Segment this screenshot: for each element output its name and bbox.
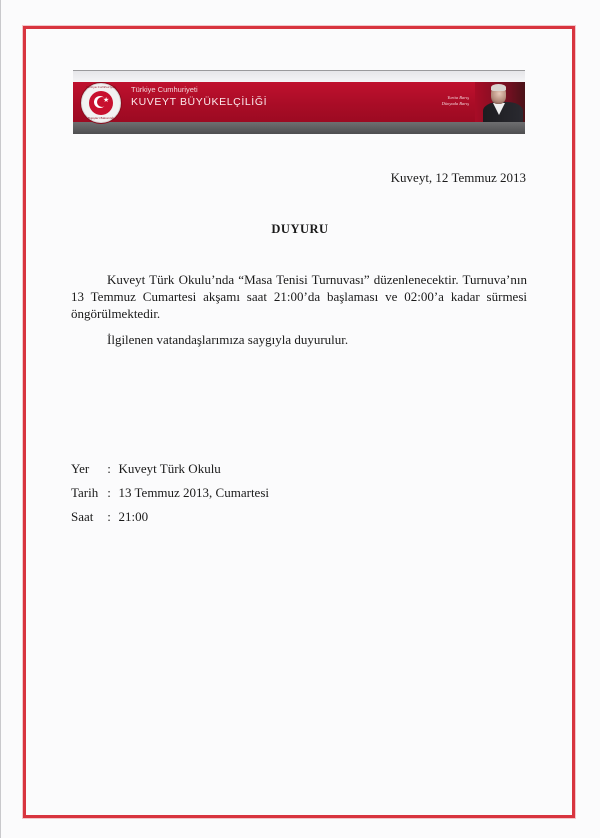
seal-text-bottom: Dışişleri Bakanlığı: [82, 117, 120, 120]
banner-motto: Yurtta Barış Dünyada Barış: [442, 95, 469, 107]
banner-dark-band: [73, 122, 525, 134]
seal-text-top: Türkiye Cumhuriyeti: [82, 86, 120, 89]
detail-separator: :: [107, 460, 115, 477]
detail-row-date: Tarih : 13 Temmuz 2013, Cumartesi: [71, 484, 269, 508]
announcement-paragraph: Kuveyt Türk Okulu’nda “Masa Tenisi Turnu…: [71, 271, 527, 322]
closing-paragraph: İlgilenen vatandaşlarımıza saygıyla duyu…: [71, 331, 527, 348]
detail-separator: :: [107, 484, 115, 501]
detail-value: 21:00: [119, 509, 149, 524]
banner-title: KUVEYT BÜYÜKELÇİLİĞİ: [131, 96, 267, 108]
page-border: [23, 26, 575, 818]
scan-edge: [0, 0, 1, 838]
motto-line-2: Dünyada Barış: [442, 101, 469, 107]
detail-separator: :: [107, 508, 115, 525]
banner-gray-strip: [73, 71, 525, 82]
event-details: Yer : Kuveyt Türk Okulu Tarih : 13 Temmu…: [71, 460, 269, 532]
portrait-image: [475, 82, 525, 122]
detail-label: Tarih: [71, 484, 104, 501]
detail-value: Kuveyt Türk Okulu: [119, 461, 221, 476]
document-heading: DUYURU: [0, 222, 600, 237]
ministry-seal-icon: Türkiye Cumhuriyeti ★ Dışişleri Bakanlığ…: [81, 83, 121, 123]
detail-label: Saat: [71, 508, 104, 525]
detail-row-location: Yer : Kuveyt Türk Okulu: [71, 460, 269, 484]
detail-value: 13 Temmuz 2013, Cumartesi: [119, 485, 270, 500]
portrait-hair: [491, 84, 506, 91]
detail-label: Yer: [71, 460, 104, 477]
star-icon: ★: [103, 97, 109, 104]
detail-row-time: Saat : 21:00: [71, 508, 269, 532]
document-date: Kuveyt, 12 Temmuz 2013: [300, 170, 526, 186]
crescent-star-icon: ★: [89, 91, 113, 115]
letterhead-banner: Türkiye Cumhuriyeti ★ Dışişleri Bakanlığ…: [73, 70, 525, 134]
banner-subtitle: Türkiye Cumhuriyeti: [131, 85, 198, 94]
